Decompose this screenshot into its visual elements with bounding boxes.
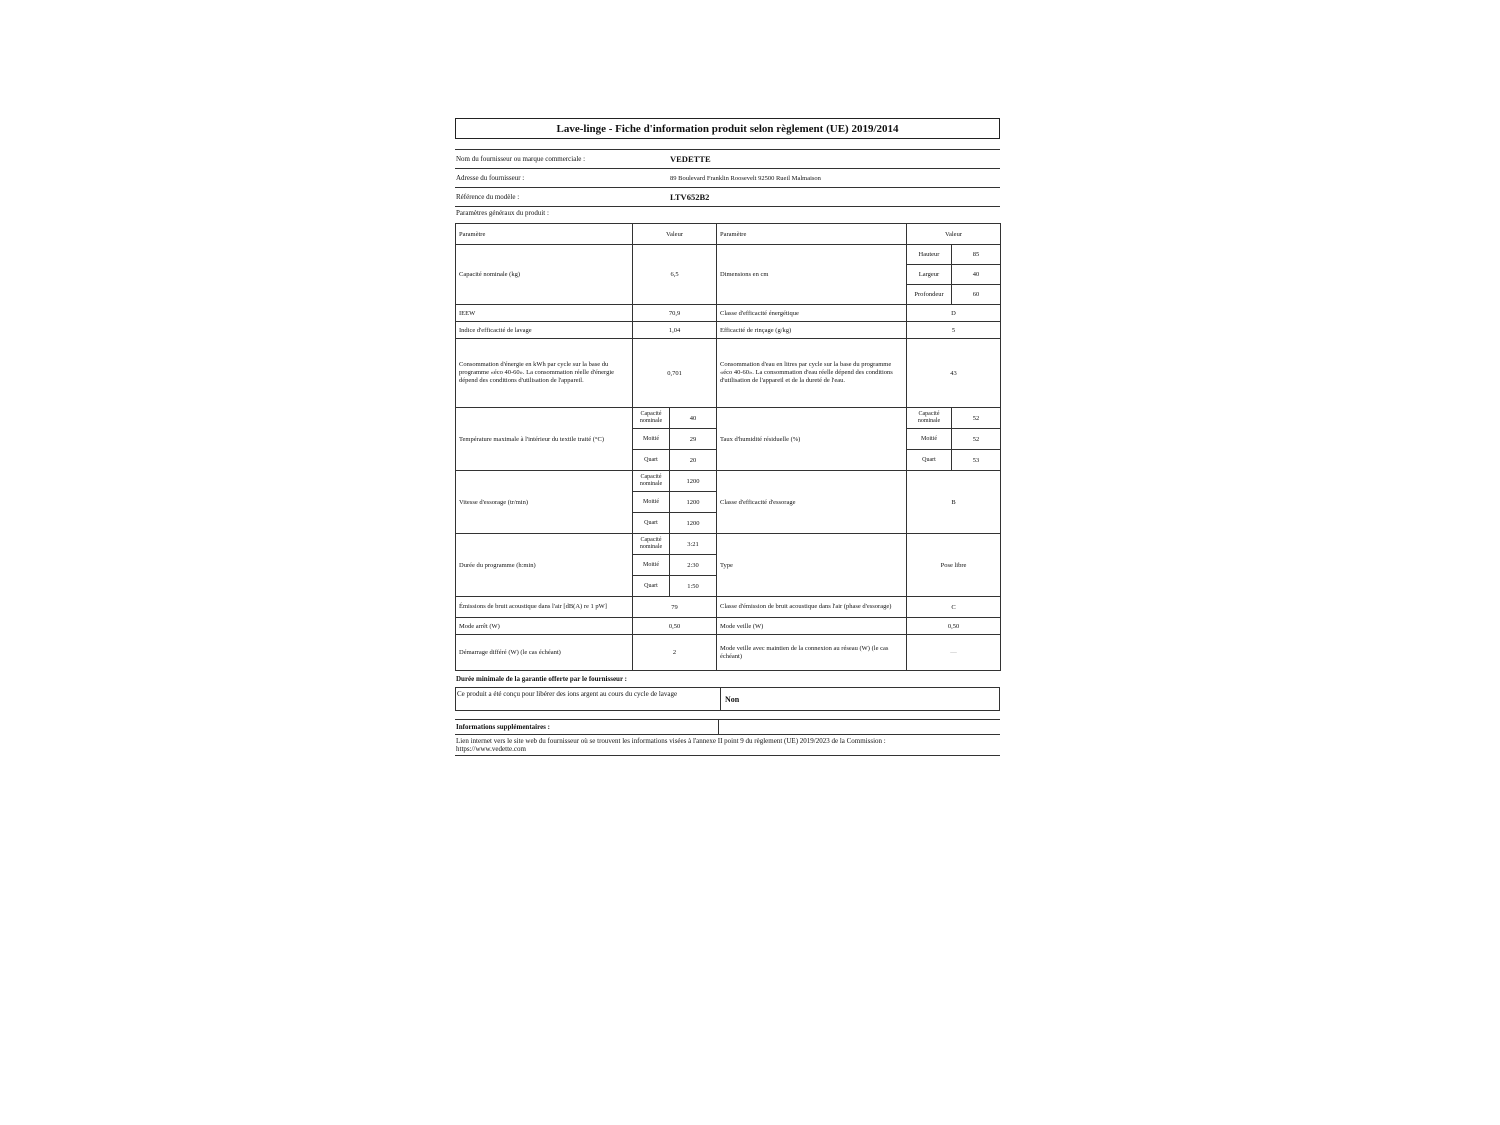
capacity-value: 6,5 xyxy=(633,245,717,305)
humidity-sub-label: Quart xyxy=(907,450,952,471)
extra-info-header: Informations supplémentaires : xyxy=(455,719,1000,735)
water-consumption-value: 43 xyxy=(907,339,1001,408)
delay-start-value: 2 xyxy=(633,635,717,671)
noise-class-label: Classe d'émission de bruit acoustique da… xyxy=(717,597,907,618)
depth-value: 60 xyxy=(952,285,1001,305)
height-label: Hauteur xyxy=(907,245,952,265)
noise-label: Émissions de bruit acoustique dans l'air… xyxy=(456,597,633,618)
general-params-label: Paramètres généraux du produit : xyxy=(455,206,1000,223)
duration-value: 1:50 xyxy=(670,576,717,597)
parameters-table: Paramètre Valeur Paramètre Valeur Capaci… xyxy=(455,223,1001,671)
table-row: Durée du programme (h:min) Capacité nomi… xyxy=(456,534,1001,555)
temperature-value: 29 xyxy=(670,429,717,450)
table-row: Démarrage différé (W) (le cas échéant) 2… xyxy=(456,635,1001,671)
supplier-website-link[interactable]: https://www.vedette.com xyxy=(456,745,999,753)
off-mode-label: Mode arrêt (W) xyxy=(456,618,633,635)
sheet-title: Lave-linge - Fiche d'information produit… xyxy=(455,118,1000,139)
energy-class-value: D xyxy=(907,305,1001,322)
supplier-name-row: Nom du fournisseur ou marque commerciale… xyxy=(455,149,1000,168)
networked-standby-label: Mode veille avec maintien de la connexio… xyxy=(717,635,907,671)
duration-value: 3:21 xyxy=(670,534,717,555)
header-value-2: Valeur xyxy=(907,224,1001,245)
networked-standby-value: — xyxy=(907,635,1001,671)
spin-sub-label: Quart xyxy=(633,513,670,534)
header-param: Paramètre xyxy=(456,224,633,245)
width-label: Largeur xyxy=(907,265,952,285)
delay-start-label: Démarrage différé (W) (le cas échéant) xyxy=(456,635,633,671)
duration-sub-label: Moitié xyxy=(633,555,670,576)
rinsing-label: Efficacité de rinçage (g/kg) xyxy=(717,322,907,339)
humidity-sub-label: Capacité nominale xyxy=(907,408,952,429)
supplier-info: Nom du fournisseur ou marque commerciale… xyxy=(455,149,1000,223)
humidity-value: 53 xyxy=(952,450,1001,471)
warranty-label: Durée minimale de la garantie offerte pa… xyxy=(455,675,1000,683)
spin-class-value: B xyxy=(907,471,1001,534)
silver-ions-label: Ce produit a été conçu pour libérer des … xyxy=(456,688,721,710)
temperature-sub-label: Capacité nominale xyxy=(633,408,670,429)
temperature-sub-label: Quart xyxy=(633,450,670,471)
humidity-value: 52 xyxy=(952,429,1001,450)
spin-speed-label: Vitesse d'essorage (tr/min) xyxy=(456,471,633,534)
header-param-2: Paramètre xyxy=(717,224,907,245)
duration-label: Durée du programme (h:min) xyxy=(456,534,633,597)
temperature-label: Température maximale à l'intérieur du te… xyxy=(456,408,633,471)
spin-value: 1200 xyxy=(670,492,717,513)
header-value: Valeur xyxy=(633,224,717,245)
supplier-name-value: VEDETTE xyxy=(670,154,1000,164)
supplier-address-label: Adresse du fournisseur : xyxy=(455,174,670,182)
type-value: Pose libre xyxy=(907,534,1001,597)
spin-sub-label: Capacité nominale xyxy=(633,471,670,492)
supplier-name-label: Nom du fournisseur ou marque commerciale… xyxy=(455,155,670,163)
energy-consumption-label: Consommation d'énergie en kWh par cycle … xyxy=(456,339,633,408)
eei-label: IEEW xyxy=(456,305,633,322)
table-row: IEEW 70,9 Classe d'efficacité énergétiqu… xyxy=(456,305,1001,322)
model-row: Référence du modèle : LTV652B2 xyxy=(455,187,1000,206)
humidity-value: 52 xyxy=(952,408,1001,429)
duration-sub-label: Quart xyxy=(633,576,670,597)
temperature-value: 40 xyxy=(670,408,717,429)
table-header-row: Paramètre Valeur Paramètre Valeur xyxy=(456,224,1001,245)
extra-info-label: Informations supplémentaires : xyxy=(455,720,719,734)
dimensions-label: Dimensions en cm xyxy=(717,245,907,305)
table-row: Consommation d'énergie en kWh par cycle … xyxy=(456,339,1001,408)
washing-index-label: Indice d'efficacité de lavage xyxy=(456,322,633,339)
table-row: Émissions de bruit acoustique dans l'air… xyxy=(456,597,1001,618)
duration-value: 2:30 xyxy=(670,555,717,576)
silver-ions-value: Non xyxy=(721,688,999,710)
humidity-label: Taux d'humidité résiduelle (%) xyxy=(717,408,907,471)
washing-index-value: 1,04 xyxy=(633,322,717,339)
type-label: Type xyxy=(717,534,907,597)
spin-value: 1200 xyxy=(670,471,717,492)
temperature-value: 20 xyxy=(670,450,717,471)
standby-value: 0,50 xyxy=(907,618,1001,635)
supplier-address-row: Adresse du fournisseur : 89 Boulevard Fr… xyxy=(455,168,1000,187)
temperature-sub-label: Moitié xyxy=(633,429,670,450)
product-information-sheet: Lave-linge - Fiche d'information produit… xyxy=(455,118,1000,756)
table-row: Indice d'efficacité de lavage 1,04 Effic… xyxy=(456,322,1001,339)
silver-ions-row: Ce produit a été conçu pour libérer des … xyxy=(455,687,1000,711)
duration-sub-label: Capacité nominale xyxy=(633,534,670,555)
water-consumption-label: Consommation d'eau en litres par cycle s… xyxy=(717,339,907,408)
model-value: LTV652B2 xyxy=(670,192,1000,202)
eei-value: 70,9 xyxy=(633,305,717,322)
table-row: Capacité nominale (kg) 6,5 Dimensions en… xyxy=(456,245,1001,265)
capacity-label: Capacité nominale (kg) xyxy=(456,245,633,305)
depth-label: Profondeur xyxy=(907,285,952,305)
extra-info-body: Lien internet vers le site web du fourni… xyxy=(455,735,1000,756)
extra-info-text: Lien internet vers le site web du fourni… xyxy=(456,737,999,745)
width-value: 40 xyxy=(952,265,1001,285)
spin-class-label: Classe d'efficacité d'essorage xyxy=(717,471,907,534)
table-row: Vitesse d'essorage (tr/min) Capacité nom… xyxy=(456,471,1001,492)
spin-value: 1200 xyxy=(670,513,717,534)
noise-class-value: C xyxy=(907,597,1001,618)
height-value: 85 xyxy=(952,245,1001,265)
off-mode-value: 0,50 xyxy=(633,618,717,635)
energy-class-label: Classe d'efficacité énergétique xyxy=(717,305,907,322)
energy-consumption-value: 0,701 xyxy=(633,339,717,408)
humidity-sub-label: Moitié xyxy=(907,429,952,450)
noise-value: 79 xyxy=(633,597,717,618)
model-label: Référence du modèle : xyxy=(455,193,670,201)
table-row: Température maximale à l'intérieur du te… xyxy=(456,408,1001,429)
standby-label: Mode veille (W) xyxy=(717,618,907,635)
supplier-address-value: 89 Boulevard Franklin Roosevelt 92500 Ru… xyxy=(670,175,1000,182)
rinsing-value: 5 xyxy=(907,322,1001,339)
table-row: Mode arrêt (W) 0,50 Mode veille (W) 0,50 xyxy=(456,618,1001,635)
spin-sub-label: Moitié xyxy=(633,492,670,513)
